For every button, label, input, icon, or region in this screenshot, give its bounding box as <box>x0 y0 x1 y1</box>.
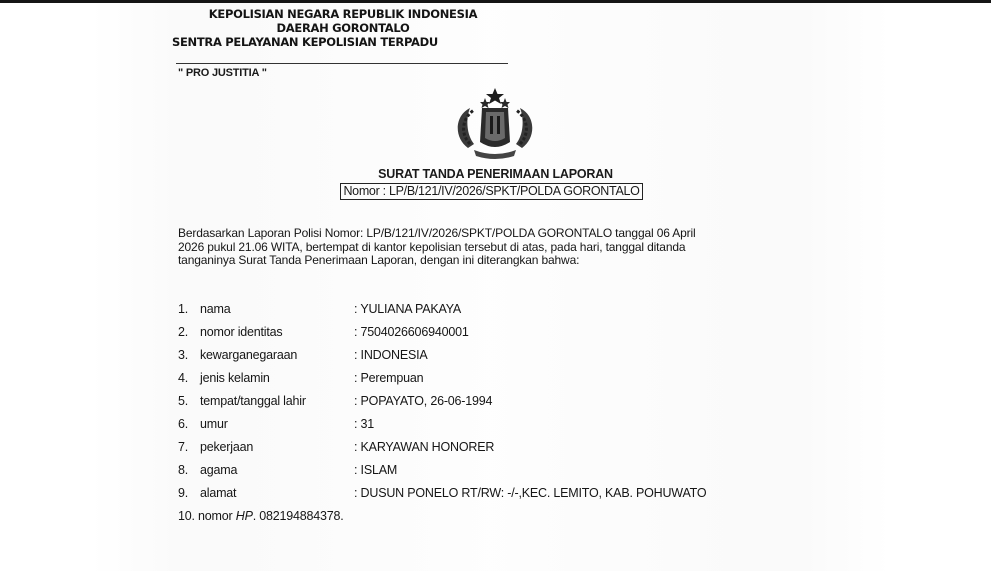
paragraph-line-1: Berdasarkan Laporan Polisi Nomor: LP/B/1… <box>178 227 838 241</box>
pro-justitia-label: " PRO JUSTITIA " <box>178 67 267 79</box>
phone-value: . 082194884378. <box>253 509 344 523</box>
field-label: pekerjaan <box>200 440 253 454</box>
field-number: 1. <box>178 302 188 316</box>
letterhead-line-2: DAERAH GORONTALO <box>178 21 508 35</box>
field-label: nama <box>200 302 230 316</box>
police-emblem-icon <box>448 86 542 162</box>
field-number: 8. <box>178 463 188 477</box>
field-row-alamat: 9. alamat : DUSUN PONELO RT/RW: -/-,KEC.… <box>178 486 878 509</box>
field-value: : 7504026606940001 <box>354 325 469 339</box>
field-value: : YULIANA PAKAYA <box>354 302 461 316</box>
field-label: jenis kelamin <box>200 371 270 385</box>
field-row-agama: 8. agama : ISLAM <box>178 463 878 486</box>
letterhead-line-3: SENTRA PELAYANAN KEPOLISIAN TERPADU <box>172 35 508 49</box>
field-value: : POPAYATO, 26-06-1994 <box>354 394 492 408</box>
field-row-nomor-hp: 10. nomor HP. 082194884378. <box>178 509 878 532</box>
field-label: kewarganegaraan <box>200 348 297 362</box>
field-label: agama <box>200 463 237 477</box>
field-number: 5. <box>178 394 188 408</box>
field-number: 9. <box>178 486 188 500</box>
phone-prefix: 10. nomor <box>178 509 236 523</box>
field-value: : KARYAWAN HONORER <box>354 440 494 454</box>
field-label: nomor identitas <box>200 325 282 339</box>
field-number: 3. <box>178 348 188 362</box>
field-row-nama: 1. nama : YULIANA PAKAYA <box>178 302 878 325</box>
letterhead-line-1: KEPOLISIAN NEGARA REPUBLIK INDONESIA <box>178 7 508 21</box>
field-row-nomor-identitas: 2. nomor identitas : 7504026606940001 <box>178 325 878 348</box>
field-value: : Perempuan <box>354 371 423 385</box>
field-number: 7. <box>178 440 188 454</box>
field-label: umur <box>200 417 228 431</box>
paragraph-line-3: tanganinya Surat Tanda Penerimaan Lapora… <box>178 254 838 268</box>
field-label: alamat <box>200 486 236 500</box>
letterhead-divider <box>176 63 508 64</box>
field-number: 4. <box>178 371 188 385</box>
field-value: : 31 <box>354 417 374 431</box>
phone-label: HP <box>236 509 253 523</box>
field-row-pekerjaan: 7. pekerjaan : KARYAWAN HONORER <box>178 440 878 463</box>
field-row-umur: 6. umur : 31 <box>178 417 878 440</box>
letterhead: KEPOLISIAN NEGARA REPUBLIK INDONESIA DAE… <box>178 7 508 49</box>
paragraph-line-2: 2026 pukul 21.06 WITA, bertempat di kant… <box>178 241 838 255</box>
field-number: 6. <box>178 417 188 431</box>
field-value: : ISLAM <box>354 463 397 477</box>
field-label: tempat/tanggal lahir <box>200 394 306 408</box>
field-number: 2. <box>178 325 188 339</box>
field-value: : DUSUN PONELO RT/RW: -/-,KEC. LEMITO, K… <box>354 486 706 500</box>
field-row-kewarganegaraan: 3. kewarganegaraan : INDONESIA <box>178 348 878 371</box>
field-value: : INDONESIA <box>354 348 428 362</box>
identity-fields-list: 1. nama : YULIANA PAKAYA 2. nomor identi… <box>178 302 878 532</box>
phone-line: 10. nomor HP. 082194884378. <box>178 509 344 523</box>
field-row-jenis-kelamin: 4. jenis kelamin : Perempuan <box>178 371 878 394</box>
field-row-tempat-tanggal-lahir: 5. tempat/tanggal lahir : POPAYATO, 26-0… <box>178 394 878 417</box>
intro-paragraph: Berdasarkan Laporan Polisi Nomor: LP/B/1… <box>178 227 838 268</box>
document-title: SURAT TANDA PENERIMAAN LAPORAN <box>0 167 991 181</box>
report-number-box: Nomor : LP/B/121/IV/2026/SPKT/POLDA GORO… <box>340 183 642 200</box>
